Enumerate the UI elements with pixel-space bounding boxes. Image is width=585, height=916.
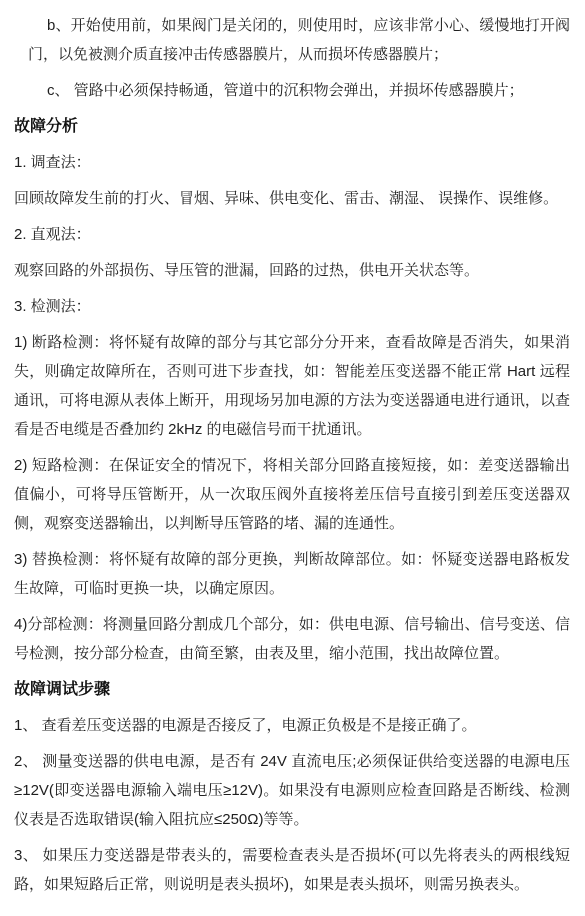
- method-2-body: 观察回路的外部损伤、导压管的泄漏，回路的过热，供电开关状态等。: [14, 256, 570, 285]
- method-3-title: 3. 检测法：: [14, 292, 570, 321]
- debug-step-2: 2、 测量变送器的供电电源，是否有 24V 直流电压;必须保证供给变送器的电源电…: [14, 747, 570, 834]
- method-1-title: 1. 调查法：: [14, 148, 570, 177]
- section-heading-fault-analysis: 故障分析: [14, 112, 570, 141]
- list-item-b: b、开始使用前，如果阀门是关闭的，则使用时，应该非常小心、缓慢地打开阀门，以免被…: [28, 11, 570, 69]
- method-1-body: 回顾故障发生前的打火、冒烟、异味、供电变化、雷击、潮湿、 误操作、误维修。: [14, 184, 570, 213]
- list-item-c: c、 管路中必须保持畅通，管道中的沉积物会弹出，并损坏传感器膜片；: [28, 76, 570, 105]
- detection-2-short-circuit: 2) 短路检测：在保证安全的情况下，将相关部分回路直接短接，如：差变送器输出值偏…: [14, 451, 570, 538]
- detection-1-open-circuit: 1) 断路检测：将怀疑有故障的部分与其它部分分开来，查看故障是否消失，如果消失，…: [14, 328, 570, 444]
- detection-4-sectional: 4)分部检测：将测量回路分割成几个部分，如：供电电源、信号输出、信号变送、信号检…: [14, 610, 570, 668]
- debug-step-1: 1、 查看差压变送器的电源是否接反了，电源正负极是不是接正确了。: [14, 711, 570, 740]
- document-page: b、开始使用前，如果阀门是关闭的，则使用时，应该非常小心、缓慢地打开阀门，以免被…: [0, 0, 585, 916]
- section-heading-debug-steps: 故障调试步骤: [14, 675, 570, 704]
- method-2-title: 2. 直观法：: [14, 220, 570, 249]
- detection-3-replacement: 3) 替换检测：将怀疑有故障的部分更换，判断故障部位。如：怀疑变送器电路板发生故…: [14, 545, 570, 603]
- debug-step-3: 3、 如果压力变送器是带表头的，需要检查表头是否损坏(可以先将表头的两根线短路，…: [14, 841, 570, 899]
